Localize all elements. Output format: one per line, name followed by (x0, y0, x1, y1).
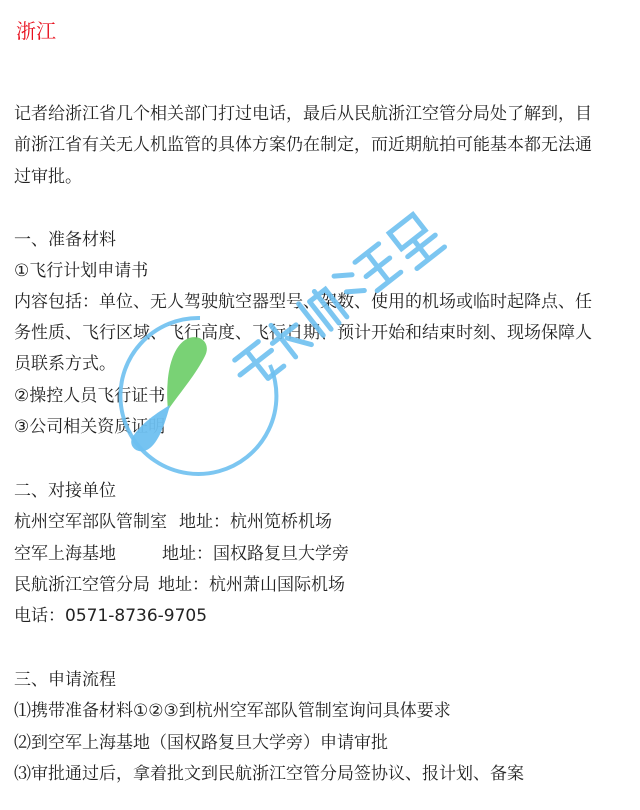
process-step: ⑴携带准备材料①②③到杭州空军部队管制室询问具体要求 (14, 700, 451, 722)
contact-unit-row: 杭州空军部队管制室地址：杭州笕桥机场 (14, 511, 332, 533)
article-page: 浙江 记者给浙江省几个相关部门打过电话，最后从民航浙江空管分局处了解到，目 前浙… (0, 0, 640, 810)
contact-unit-row: 空军上海基地地址：国权路复旦大学旁 (14, 543, 349, 565)
process-step: ⑵到空军上海基地（国权路复旦大学旁）申请审批 (14, 732, 388, 754)
unit-address: 国权路复旦大学旁 (213, 544, 349, 564)
contact-unit-row: 民航浙江空管分局地址：杭州萧山国际机场 (14, 574, 345, 596)
unit-name: 民航浙江空管分局 (14, 575, 150, 595)
section-heading: 三、申请流程 (14, 669, 116, 691)
unit-address: 杭州笕桥机场 (230, 512, 332, 532)
phone-number: 0571-8736-9705 (65, 606, 207, 626)
material-detail-line: 员联系方式。 (14, 353, 116, 375)
address-label: 地址： (179, 512, 230, 532)
section-heading: 二、对接单位 (14, 480, 116, 502)
intro-line: 前浙江省有关无人机监管的具体方案仍在制定，而近期航拍可能基本都无法通 (14, 134, 592, 156)
address-label: 地址： (158, 575, 209, 595)
intro-line: 记者给浙江省几个相关部门打过电话，最后从民航浙江空管分局处了解到，目 (14, 103, 592, 125)
material-item: ③公司相关资质证明 (14, 416, 165, 438)
phone-row: 电话：0571-8736-9705 (14, 605, 207, 627)
section-heading: 一、准备材料 (14, 229, 116, 251)
address-label: 地址： (162, 544, 213, 564)
material-detail-line: 务性质、飞行区域、飞行高度、飞行日期、预计开始和结束时刻、现场保障人 (14, 322, 592, 344)
material-detail-line: 内容包括：单位、无人驾驶航空器型号、架数、使用的机场或临时起降点、任 (14, 291, 592, 313)
phone-label: 电话： (14, 606, 65, 626)
unit-address: 杭州萧山国际机场 (209, 575, 345, 595)
material-item: ②操控人员飞行证书 (14, 385, 165, 407)
intro-line: 过审批。 (14, 166, 82, 188)
process-step: ⑶审批通过后，拿着批文到民航浙江空管分局签协议、报计划、备案 (14, 763, 524, 785)
unit-name: 杭州空军部队管制室 (14, 512, 167, 532)
material-item: ①飞行计划申请书 (14, 260, 148, 282)
article-title: 浙江 (16, 17, 56, 45)
unit-name: 空军上海基地 (14, 543, 162, 565)
